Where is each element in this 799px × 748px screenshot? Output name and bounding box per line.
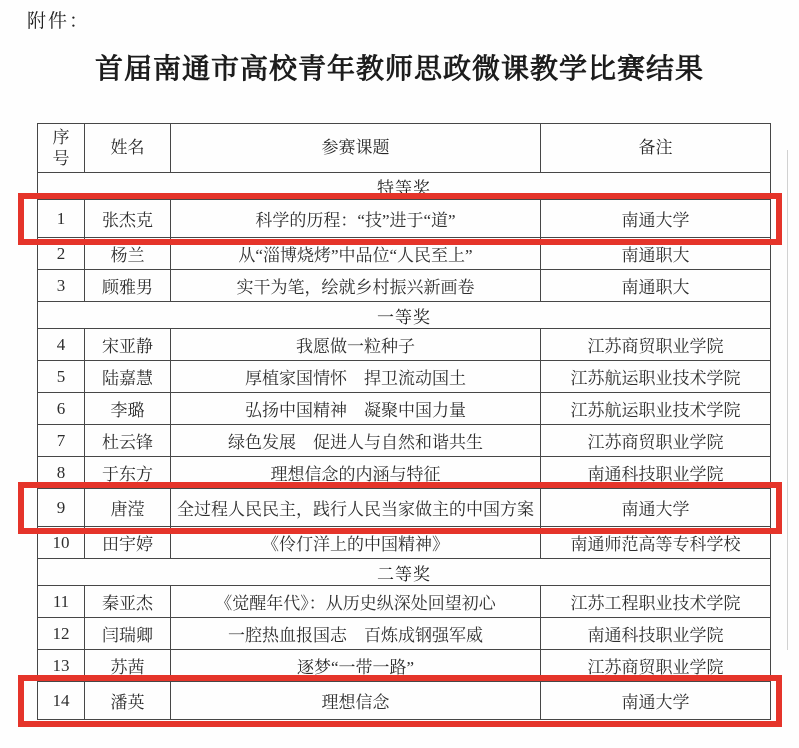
cell-no: 10: [38, 527, 85, 559]
results-table-body: 特等奖1张杰克科学的历程：“技”进于“道”南通大学2杨兰从“淄博烧烤”中品位“人…: [38, 173, 771, 720]
results-table: 序 号 姓名 参赛课题 备注 特等奖1张杰克科学的历程：“技”进于“道”南通大学…: [37, 123, 771, 720]
cell-name: 田宇婷: [85, 527, 171, 559]
cell-topic: 从“淄博烧烤”中品位“人民至上”: [171, 238, 541, 270]
cell-no: 7: [38, 425, 85, 457]
section-row-first-prize: 一等奖: [38, 302, 771, 329]
cell-topic: 理想信念: [171, 682, 541, 720]
section-label: 二等奖: [38, 559, 771, 586]
cell-name: 张杰克: [85, 200, 171, 238]
table-row: 3顾雅男实干为笔，绘就乡村振兴新画卷南通职大: [38, 270, 771, 302]
cell-name: 陆嘉慧: [85, 361, 171, 393]
document-page: 附件： 首届南通市高校青年教师思政微课教学比赛结果 序 号 姓名 参赛课题 备注…: [0, 0, 799, 748]
cell-name: 杜云锋: [85, 425, 171, 457]
table-row: 1张杰克科学的历程：“技”进于“道”南通大学: [38, 200, 771, 238]
cell-note: 南通师范高等专科学校: [541, 527, 771, 559]
cell-topic: 《觉醒年代》：从历史纵深处回望初心: [171, 586, 541, 618]
section-row-second-prize: 二等奖: [38, 559, 771, 586]
cell-no: 2: [38, 238, 85, 270]
table-row: 13苏茜逐梦“一带一路”江苏商贸职业学院: [38, 650, 771, 682]
table-row: 12闫瑞卿一腔热血报国志 百炼成钢强军威南通科技职业学院: [38, 618, 771, 650]
section-label: 特等奖: [38, 173, 771, 200]
cell-no: 3: [38, 270, 85, 302]
cell-note: 南通科技职业学院: [541, 618, 771, 650]
cell-note: 南通大学: [541, 200, 771, 238]
cell-name: 杨兰: [85, 238, 171, 270]
table-row: 2杨兰从“淄博烧烤”中品位“人民至上”南通职大: [38, 238, 771, 270]
cell-name: 李璐: [85, 393, 171, 425]
cell-no: 9: [38, 489, 85, 527]
cell-note: 南通大学: [541, 489, 771, 527]
header-cell-topic: 参赛课题: [171, 124, 541, 173]
cell-name: 苏茜: [85, 650, 171, 682]
header-cell-no: 序 号: [38, 124, 85, 173]
header-cell-note: 备注: [541, 124, 771, 173]
cell-topic: 实干为笔，绘就乡村振兴新画卷: [171, 270, 541, 302]
attachment-label: 附件：: [27, 6, 90, 33]
cell-name: 唐滢: [85, 489, 171, 527]
cell-note: 江苏航运职业技术学院: [541, 361, 771, 393]
cell-no: 14: [38, 682, 85, 720]
table-row: 9唐滢全过程人民民主，践行人民当家做主的中国方案南通大学: [38, 489, 771, 527]
cell-note: 江苏工程职业技术学院: [541, 586, 771, 618]
table-row: 14潘英理想信念南通大学: [38, 682, 771, 720]
cell-note: 江苏商贸职业学院: [541, 329, 771, 361]
header-row: 序 号 姓名 参赛课题 备注: [38, 124, 771, 173]
cell-note: 南通职大: [541, 270, 771, 302]
cell-topic: 逐梦“一带一路”: [171, 650, 541, 682]
cell-note: 南通职大: [541, 238, 771, 270]
cell-topic: 绿色发展 促进人与自然和谐共生: [171, 425, 541, 457]
results-table-header: 序 号 姓名 参赛课题 备注: [38, 124, 771, 173]
cell-topic: 我愿做一粒种子: [171, 329, 541, 361]
cell-topic: 厚植家国情怀 捍卫流动国土: [171, 361, 541, 393]
table-row: 4宋亚静我愿做一粒种子江苏商贸职业学院: [38, 329, 771, 361]
cell-no: 12: [38, 618, 85, 650]
table-row: 10田宇婷《伶仃洋上的中国精神》南通师范高等专科学校: [38, 527, 771, 559]
cell-note: 江苏航运职业技术学院: [541, 393, 771, 425]
table-row: 6李璐弘扬中国精神 凝聚中国力量江苏航运职业技术学院: [38, 393, 771, 425]
section-row-special-prize: 特等奖: [38, 173, 771, 200]
cell-no: 8: [38, 457, 85, 489]
page-title: 首届南通市高校青年教师思政微课教学比赛结果: [0, 47, 799, 87]
table-row: 8于东方理想信念的内涵与特征南通科技职业学院: [38, 457, 771, 489]
cell-no: 5: [38, 361, 85, 393]
cell-no: 11: [38, 586, 85, 618]
header-cell-name: 姓名: [85, 124, 171, 173]
table-row: 7杜云锋绿色发展 促进人与自然和谐共生江苏商贸职业学院: [38, 425, 771, 457]
cell-name: 于东方: [85, 457, 171, 489]
cell-topic: 《伶仃洋上的中国精神》: [171, 527, 541, 559]
cell-no: 13: [38, 650, 85, 682]
cell-topic: 科学的历程：“技”进于“道”: [171, 200, 541, 238]
cell-name: 顾雅男: [85, 270, 171, 302]
section-label: 一等奖: [38, 302, 771, 329]
cell-note: 江苏商贸职业学院: [541, 650, 771, 682]
cell-note: 南通大学: [541, 682, 771, 720]
cell-note: 江苏商贸职业学院: [541, 425, 771, 457]
cell-topic: 弘扬中国精神 凝聚中国力量: [171, 393, 541, 425]
cell-note: 南通科技职业学院: [541, 457, 771, 489]
table-row: 5陆嘉慧厚植家国情怀 捍卫流动国土江苏航运职业技术学院: [38, 361, 771, 393]
table-row: 11秦亚杰《觉醒年代》：从历史纵深处回望初心江苏工程职业技术学院: [38, 586, 771, 618]
cell-no: 4: [38, 329, 85, 361]
scan-edge-artifact: [787, 150, 788, 650]
cell-topic: 理想信念的内涵与特征: [171, 457, 541, 489]
cell-topic: 一腔热血报国志 百炼成钢强军威: [171, 618, 541, 650]
cell-topic: 全过程人民民主，践行人民当家做主的中国方案: [171, 489, 541, 527]
cell-name: 闫瑞卿: [85, 618, 171, 650]
cell-name: 潘英: [85, 682, 171, 720]
cell-no: 6: [38, 393, 85, 425]
cell-no: 1: [38, 200, 85, 238]
cell-name: 宋亚静: [85, 329, 171, 361]
cell-name: 秦亚杰: [85, 586, 171, 618]
